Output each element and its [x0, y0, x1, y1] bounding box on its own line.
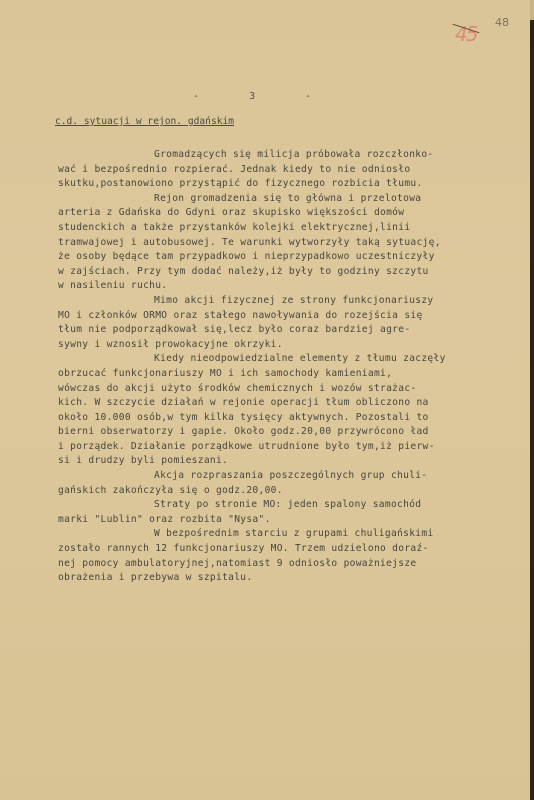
text-line: W bezpośrednim starciu z grupami chuliga…	[58, 527, 518, 542]
text-line: Kiedy nieodpowiedzialne elementy z tłumu…	[58, 352, 518, 367]
text-line: MO i członków ORMO oraz stałego nawoływa…	[58, 309, 518, 324]
section-heading: c.d. sytuacji w rejon. gdańskim	[55, 116, 234, 127]
text-line: obrażenia i przebywa w szpitalu.	[58, 571, 518, 586]
text-line: około 10.000 osób,w tym kilka tysięcy ak…	[58, 411, 518, 426]
text-line: kich. W szczycie działań w rejonie opera…	[58, 396, 518, 411]
body-text: Gromadzących się milicja próbowała rozcz…	[58, 148, 518, 586]
text-line: marki "Lublin" oraz rozbita "Nysa".	[58, 513, 518, 528]
text-line: bierni obserwatorzy i gapie. Około godz.…	[58, 425, 518, 440]
text-line: Rejon gromadzenia się to główna i przelo…	[58, 192, 518, 207]
text-line: studenckich a także przystanków kolejki …	[58, 221, 518, 236]
document-page: 45 48 - 3 - c.d. sytuacji w rejon. gdańs…	[0, 0, 530, 800]
text-line: sywny i wznosił prowokacyjne okrzyki.	[58, 338, 518, 353]
text-line: tłum nie podporządkował się,lecz było co…	[58, 323, 518, 338]
text-line: Straty po stronie MO: jeden spalony samo…	[58, 498, 518, 513]
text-line: wać i bezpośrednio rozpierać. Jednak kie…	[58, 163, 518, 178]
text-line: że osoby będące tam przypadkowo i nieprz…	[58, 250, 518, 265]
archive-stamp: 45	[452, 20, 492, 46]
page-edge-top	[530, 0, 534, 20]
text-line: si i drudzy byli pomieszani.	[58, 454, 518, 469]
text-line: obrzucać funkcjonariuszy MO i ich samoch…	[58, 367, 518, 382]
text-line: skutku,postanowiono przystąpić do fizycz…	[58, 177, 518, 192]
folio-number: 48	[495, 16, 509, 29]
text-line: Gromadzących się milicja próbowała rozcz…	[58, 148, 518, 163]
text-line: arteria z Gdańska do Gdyni oraz skupisko…	[58, 206, 518, 221]
text-line: nej pomocy ambulatoryjnej,natomiast 9 od…	[58, 557, 518, 572]
text-line: w zajściach. Przy tym dodać należy,iż by…	[58, 265, 518, 280]
text-line: Mimo akcji fizycznej ze strony funkcjona…	[58, 294, 518, 309]
text-line: i porządek. Działanie porządkowe utrudni…	[58, 440, 518, 455]
text-line: zostało rannych 12 funkcjonariuszy MO. T…	[58, 542, 518, 557]
page-number: - 3 -	[193, 91, 319, 102]
text-line: w nasileniu ruchu.	[58, 279, 518, 294]
text-line: Akcja rozpraszania poszczególnych grup c…	[58, 469, 518, 484]
text-line: tramwajowej i autobusowej. Te warunki wy…	[58, 236, 518, 251]
text-line: wówczas do akcji użyto środków chemiczny…	[58, 382, 518, 397]
text-line: gańskich zakończyła się o godz.20,00.	[58, 484, 518, 499]
page-edge-shadow	[530, 20, 534, 800]
